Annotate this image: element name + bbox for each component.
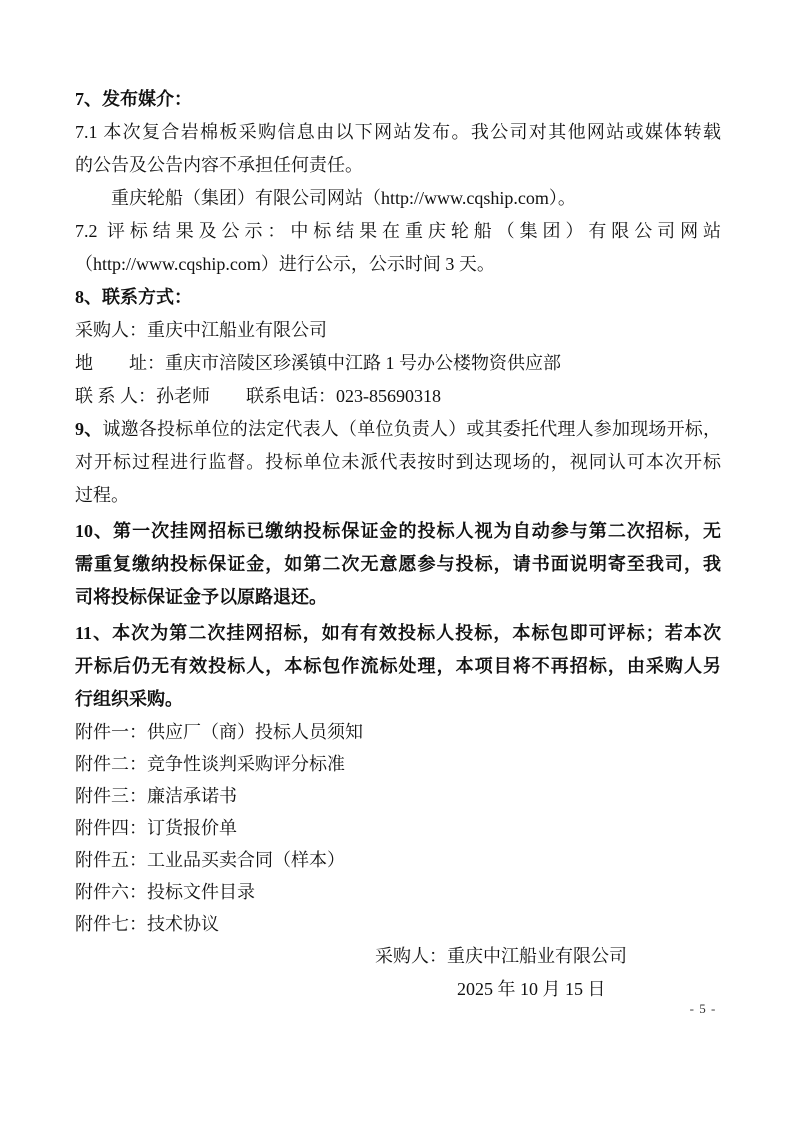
paragraph-line: 10、第一次挂网招标已缴纳投标保证金的投标人视为自动参与第二次招标，无	[75, 515, 721, 548]
section-9-number: 9、	[75, 419, 102, 439]
section-11-paragraph: 11、本次为第二次挂网招标，如有有效投标人投标，本标包即可评标；若本次 开标后仍…	[75, 617, 721, 716]
attachment-item: 附件四：订货报价单	[75, 812, 721, 844]
paragraph-line: 过程。	[75, 479, 721, 512]
paragraph-line: 的公告及公告内容不承担任何责任。	[75, 149, 721, 182]
paragraph-line: 9、诚邀各投标单位的法定代表人（单位负责人）或其委托代理人参加现场开标，	[75, 413, 721, 446]
section-7-website-line: 重庆轮船（集团）有限公司网站（http://www.cqship.com）。	[75, 182, 721, 215]
attachment-item: 附件二：竞争性谈判采购评分标准	[75, 748, 721, 780]
signature-buyer: 采购人：重庆中江船业有限公司	[375, 940, 721, 973]
contact-person-line: 联 系 人：孙老师 联系电话：023-85690318	[75, 380, 721, 413]
paragraph-line: （http://www.cqship.com）进行公示，公示时间 3 天。	[75, 248, 721, 281]
section-7-paragraph-1: 7.1 本次复合岩棉板采购信息由以下网站发布。我公司对其他网站或媒体转载 的公告…	[75, 116, 721, 182]
section-9-text: 诚邀各投标单位的法定代表人（单位负责人）或其委托代理人参加现场开标，	[102, 419, 721, 439]
section-7-heading: 7、发布媒介：	[75, 83, 721, 116]
paragraph-line: 7.2 评标结果及公示：中标结果在重庆轮船（集团）有限公司网站	[75, 215, 721, 248]
paragraph-line: 行组织采购。	[75, 683, 721, 716]
buyer-line: 采购人：重庆中江船业有限公司	[75, 314, 721, 347]
paragraph-line: 司将投标保证金予以原路退还。	[75, 581, 721, 614]
attachment-item: 附件三：廉洁承诺书	[75, 780, 721, 812]
paragraph-line: 对开标过程进行监督。投标单位未派代表按时到达现场的，视同认可本次开标	[75, 446, 721, 479]
paragraph-line: 7.1 本次复合岩棉板采购信息由以下网站发布。我公司对其他网站或媒体转载	[75, 116, 721, 149]
paragraph-line: 11、本次为第二次挂网招标，如有有效投标人投标，本标包即可评标；若本次	[75, 617, 721, 650]
section-10-paragraph: 10、第一次挂网招标已缴纳投标保证金的投标人视为自动参与第二次招标，无 需重复缴…	[75, 515, 721, 614]
paragraph-line: 需重复缴纳投标保证金，如第二次无意愿参与投标，请书面说明寄至我司，我	[75, 548, 721, 581]
attachments-list: 附件一：供应厂（商）投标人员须知 附件二：竞争性谈判采购评分标准 附件三：廉洁承…	[75, 716, 721, 940]
address-line: 地 址：重庆市涪陵区珍溪镇中江路 1 号办公楼物资供应部	[75, 347, 721, 380]
attachment-item: 附件六：投标文件目录	[75, 876, 721, 908]
paragraph-line: 开标后仍无有效投标人，本标包作流标处理，本项目将不再招标，由采购人另	[75, 650, 721, 683]
document-body: 7、发布媒介： 7.1 本次复合岩棉板采购信息由以下网站发布。我公司对其他网站或…	[75, 83, 721, 1006]
document-page: 7、发布媒介： 7.1 本次复合岩棉板采购信息由以下网站发布。我公司对其他网站或…	[0, 0, 793, 1122]
section-9-paragraph: 9、诚邀各投标单位的法定代表人（单位负责人）或其委托代理人参加现场开标， 对开标…	[75, 413, 721, 512]
signature-block: 采购人：重庆中江船业有限公司 2025 年 10 月 15 日	[75, 940, 721, 1006]
page-number: - 5 -	[668, 1001, 738, 1017]
attachment-item: 附件一：供应厂（商）投标人员须知	[75, 716, 721, 748]
attachment-item: 附件五：工业品买卖合同（样本）	[75, 844, 721, 876]
section-8-heading: 8、联系方式：	[75, 281, 721, 314]
attachment-item: 附件七：技术协议	[75, 908, 721, 940]
section-7-paragraph-2: 7.2 评标结果及公示：中标结果在重庆轮船（集团）有限公司网站 （http://…	[75, 215, 721, 281]
